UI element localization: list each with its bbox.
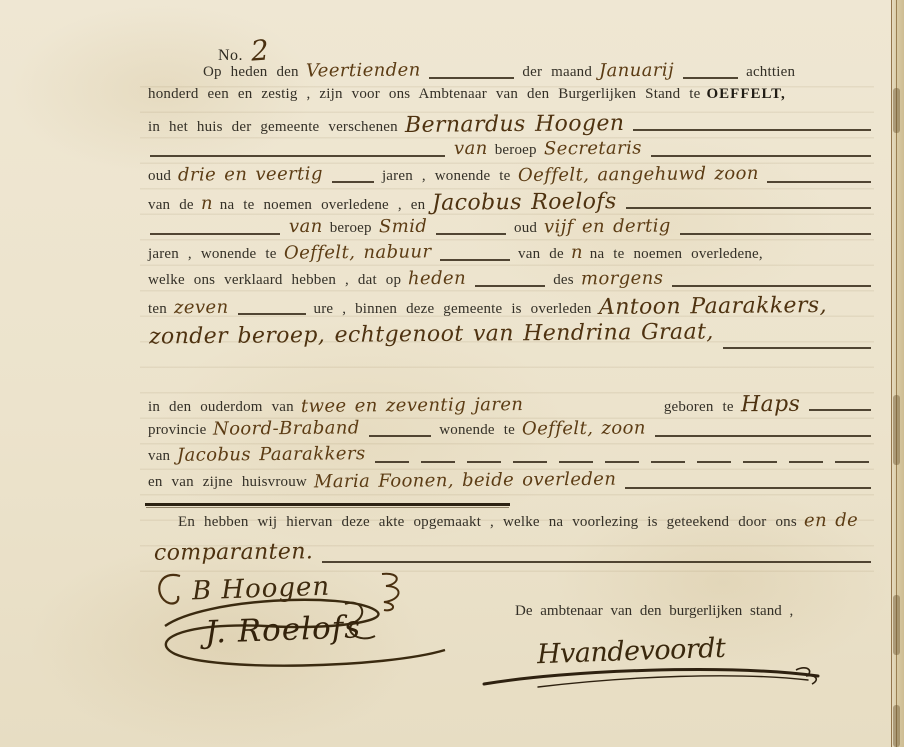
act-line: in het huis der gemeente verschenenBerna… (145, 112, 876, 138)
printed-text: der maand (522, 64, 592, 81)
printed-text: oud (148, 168, 171, 185)
printed-text: jaren , wonende te (382, 168, 511, 185)
act-line: En hebben wij hiervan deze akte opgemaak… (145, 510, 876, 540)
handwritten-text: Bernardus Hoogen (405, 111, 625, 138)
printed-text: van de (148, 197, 194, 214)
handwritten-text: Maria Foonen, beide overleden (314, 469, 616, 493)
handwritten-text: zeven (174, 297, 229, 318)
act-line: in den ouderdom vantwee en zeventig jare… (145, 392, 876, 418)
blank-line-rule (655, 435, 871, 437)
printed-text: honderd een en zestig , zijn voor ons Am… (148, 86, 701, 103)
closing-rule-line (145, 496, 876, 510)
handwritten-text: morgens (581, 268, 664, 290)
printed-text: in den ouderdom van (148, 399, 294, 416)
act-line: provincieNoord-Brabandwonende teOeffelt,… (145, 418, 876, 444)
act-line: vanberoepSmidoudvijf en dertig (145, 216, 876, 242)
blank-line-rule (436, 233, 506, 235)
handwritten-text: drie en veertig (178, 163, 323, 185)
handwritten-text: Oeffelt, zoon (522, 417, 646, 439)
handwritten-text: Secretaris (544, 138, 642, 160)
printed-text: van (148, 448, 170, 465)
blank-line-rule (651, 155, 871, 157)
printed-text: En hebben wij hiervan deze akte opgemaak… (178, 514, 797, 531)
act-body: Op heden denVeertiendender maandJanuarij… (145, 60, 876, 570)
handwritten-text: Oeffelt, nabuur (283, 241, 431, 263)
act-line: welke ons verklaard hebben , dat opheden… (145, 268, 876, 294)
printed-text: jaren , wonende te (148, 246, 277, 263)
blank-line-rule (429, 77, 514, 79)
heavy-rule (145, 503, 510, 506)
printed-text: beroep (495, 142, 537, 159)
blank-line-rule (625, 487, 871, 489)
edge-smudge (893, 395, 900, 465)
handwritten-text: en de (804, 510, 858, 531)
blank-line-rule (626, 207, 871, 209)
printed-text: Op heden den (203, 64, 299, 81)
printed-text: van de (518, 246, 564, 263)
blank-line-rule (767, 181, 871, 183)
printed-text: achttien (746, 64, 795, 81)
act-line: comparanten. (145, 540, 876, 570)
act-line: jaren , wonende teOeffelt, nabuurvan den… (145, 242, 876, 268)
handwritten-text: n (571, 242, 583, 263)
handwritten-text: Noord-Braband (213, 417, 360, 439)
handwritten-text: zonder beroep, echtgenoot van Hendrina G… (149, 320, 714, 350)
printed-text: na te noemen overledene, (590, 246, 763, 263)
handwritten-text: Jacobus Roelofs (432, 189, 617, 216)
act-line: van denna te noemen overledene , enJacob… (145, 190, 876, 216)
handwritten-text: Smid (379, 216, 427, 237)
handwritten-text: van (454, 138, 488, 159)
handwritten-text: Jacobus Paarakkers (177, 443, 366, 466)
edge-smudge (893, 88, 900, 133)
printed-text: beroep (330, 220, 372, 237)
blank-line-rule (475, 285, 545, 287)
signature-registrar: Hvandevoordt (537, 633, 726, 671)
handwritten-text: vijf en dertig (544, 215, 671, 237)
blank-line-rule (150, 155, 445, 157)
act-line: en van zijne huisvrouwMaria Foonen, beid… (145, 470, 876, 496)
blank-line-rule (150, 233, 280, 235)
blank-line-rule (809, 409, 871, 411)
printed-text: na te noemen overledene , en (220, 197, 426, 214)
blank-line-rule (633, 129, 871, 131)
handwritten-text: comparanten. (154, 539, 313, 565)
handwritten-text: Haps (741, 392, 800, 418)
register-binding-edge (891, 0, 904, 747)
handwritten-text: Oeffelt, aangehuwd zoon (517, 163, 758, 186)
edge-smudge (893, 705, 900, 747)
blank-line-rule (683, 77, 738, 79)
act-line: vanberoepSecretaris (145, 138, 876, 164)
printed-text: ure , binnen deze gemeente is overleden (314, 301, 592, 318)
blank-line-rule (723, 347, 871, 349)
printed-text: in het huis der gemeente verschenen (148, 119, 398, 136)
printed-text: provincie (148, 422, 206, 439)
signature-comparant-roelofs: J. Roelofs (204, 609, 361, 650)
blank-line-rule (440, 259, 510, 261)
registrar-caption: De ambtenaar van den burgerlijken stand … (515, 603, 793, 620)
printed-text: geboren te (664, 399, 734, 416)
printed-text: welke ons verklaard hebben , dat op (148, 272, 401, 289)
blank-line-rule (322, 561, 871, 563)
printed-text: oud (514, 220, 537, 237)
act-line: zonder beroep, echtgenoot van Hendrina G… (145, 322, 876, 356)
printed-text: en van zijne huisvrouw (148, 474, 307, 491)
handwritten-text: van (289, 216, 323, 237)
printed-text-bold: OEFFELT, (707, 86, 786, 103)
handwritten-text: heden (408, 268, 466, 290)
blank-line-rule (332, 181, 374, 183)
blank-line-rule (369, 435, 431, 437)
act-line: ouddrie en veertigjaren , wonende teOeff… (145, 164, 876, 190)
printed-text: des (553, 272, 574, 289)
act-line: honderd een en zestig , zijn voor ons Am… (145, 86, 876, 112)
edge-smudge (893, 595, 900, 655)
blank-line-rule (680, 233, 871, 235)
blank-line-rule (672, 285, 871, 287)
signature-comparant-hoogen: B Hoogen (192, 572, 331, 607)
handwritten-text: Veertienden (306, 60, 421, 82)
act-line: Op heden denVeertiendender maandJanuarij… (145, 60, 876, 86)
handwritten-text: n (201, 193, 213, 214)
printed-text: ten (148, 301, 167, 318)
handwritten-text: Januarij (599, 60, 674, 82)
handwritten-text: twee en zeventig jaren (301, 394, 524, 417)
act-line: vanJacobus Paarakkers (145, 444, 876, 470)
handwritten-text: Antoon Paarakkers, (599, 293, 827, 320)
printed-text: wonende te (439, 422, 515, 439)
blank-line-rule (238, 313, 306, 315)
blank-ruled-line (145, 356, 876, 392)
act-line: tenzevenure , binnen deze gemeente is ov… (145, 294, 876, 322)
blank-line-rule (375, 461, 871, 463)
